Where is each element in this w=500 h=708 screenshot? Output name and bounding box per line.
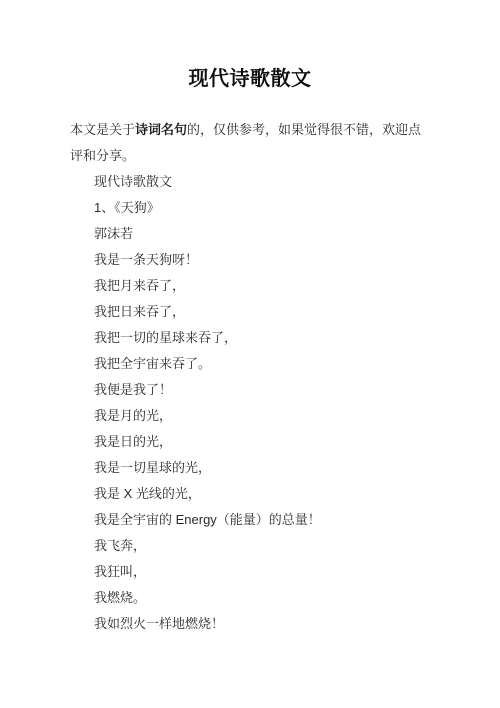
poem-line: 我把日来吞了，: [70, 299, 430, 325]
poem-section-heading: 现代诗歌散文: [70, 169, 430, 195]
poem-line: 我飞奔，: [70, 533, 430, 559]
poem-line: 我燃烧。: [70, 585, 430, 611]
poem-title-line: 1、《天狗》: [70, 195, 430, 221]
poem-line: 我是全宇宙的 Energy（能量）的总量！: [70, 507, 430, 533]
page-title: 现代诗歌散文: [70, 64, 430, 94]
poem-body: 现代诗歌散文 1、《天狗》 郭沫若 我是一条天狗呀！ 我把月来吞了， 我把日来吞…: [70, 169, 430, 637]
poem-line: 我是 X 光线的光，: [70, 481, 430, 507]
poem-author-line: 郭沫若: [70, 221, 430, 247]
poem-line: 我把全宇宙来吞了。: [70, 351, 430, 377]
intro-keyword-bold: 诗词名句: [135, 122, 187, 137]
document-page: 现代诗歌散文 本文是关于诗词名句的，仅供参考，如果觉得很不错，欢迎点评和分享。 …: [0, 0, 500, 708]
poem-line: 我便是我了！: [70, 377, 430, 403]
poem-line: 我如烈火一样地燃烧！: [70, 611, 430, 637]
poem-line: 我把一切的星球来吞了，: [70, 325, 430, 351]
poem-line: 我是一切星球的光，: [70, 455, 430, 481]
intro-text-start: 本文是关于: [70, 122, 135, 137]
poem-line: 我把月来吞了，: [70, 273, 430, 299]
poem-line: 我是日的光，: [70, 429, 430, 455]
poem-line: 我狂叫，: [70, 559, 430, 585]
poem-line: 我是一条天狗呀！: [70, 247, 430, 273]
poem-line: 我是月的光，: [70, 403, 430, 429]
intro-paragraph: 本文是关于诗词名句的，仅供参考，如果觉得很不错，欢迎点评和分享。: [70, 117, 430, 169]
